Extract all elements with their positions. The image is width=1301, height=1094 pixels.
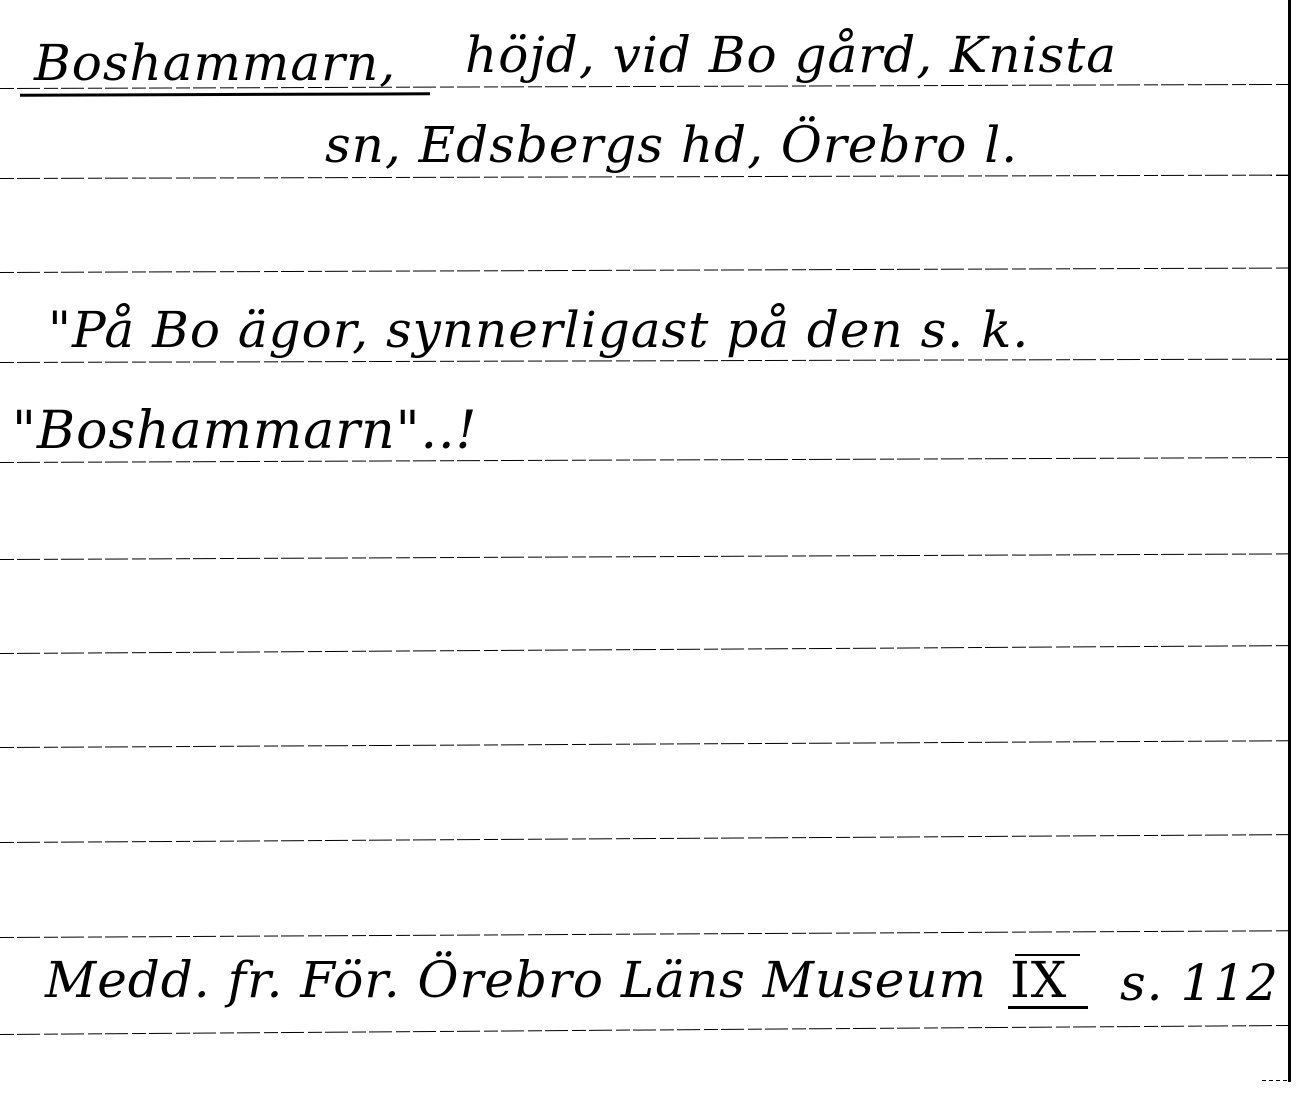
place-name-heading: Boshammarn, [34,38,396,88]
quote-line-2: "Boshammarn"..! [12,405,477,457]
card-right-edge [1288,0,1291,1082]
ruled-line [0,268,1288,273]
place-description: höjd, vid Bo gård, Knista [465,30,1117,80]
ruled-line [0,645,1288,654]
heading-underline [20,92,430,96]
ruled-line [0,740,1288,748]
source-citation: Medd. fr. För. Örebro Läns Museum [45,955,987,1005]
ruled-line [0,1025,1288,1035]
volume-overline [1015,954,1080,956]
index-card: Boshammarn, höjd, vid Bo gård, Knista sn… [0,0,1301,1094]
quote-line-1: "På Bo ägor, synnerligast på den s. k. [48,305,1029,355]
ruled-line [0,834,1288,843]
card-corner-mark [1262,1080,1290,1081]
volume-underline [1008,1006,1088,1009]
ruled-line [0,930,1288,938]
ruled-line [0,359,1288,363]
ruled-line [0,553,1288,560]
source-volume: IX [1010,955,1067,1005]
parish-county-line: sn, Edsbergs hd, Örebro l. [325,120,1018,170]
source-page: s. 112 [1120,958,1279,1008]
ruled-line [0,175,1288,179]
